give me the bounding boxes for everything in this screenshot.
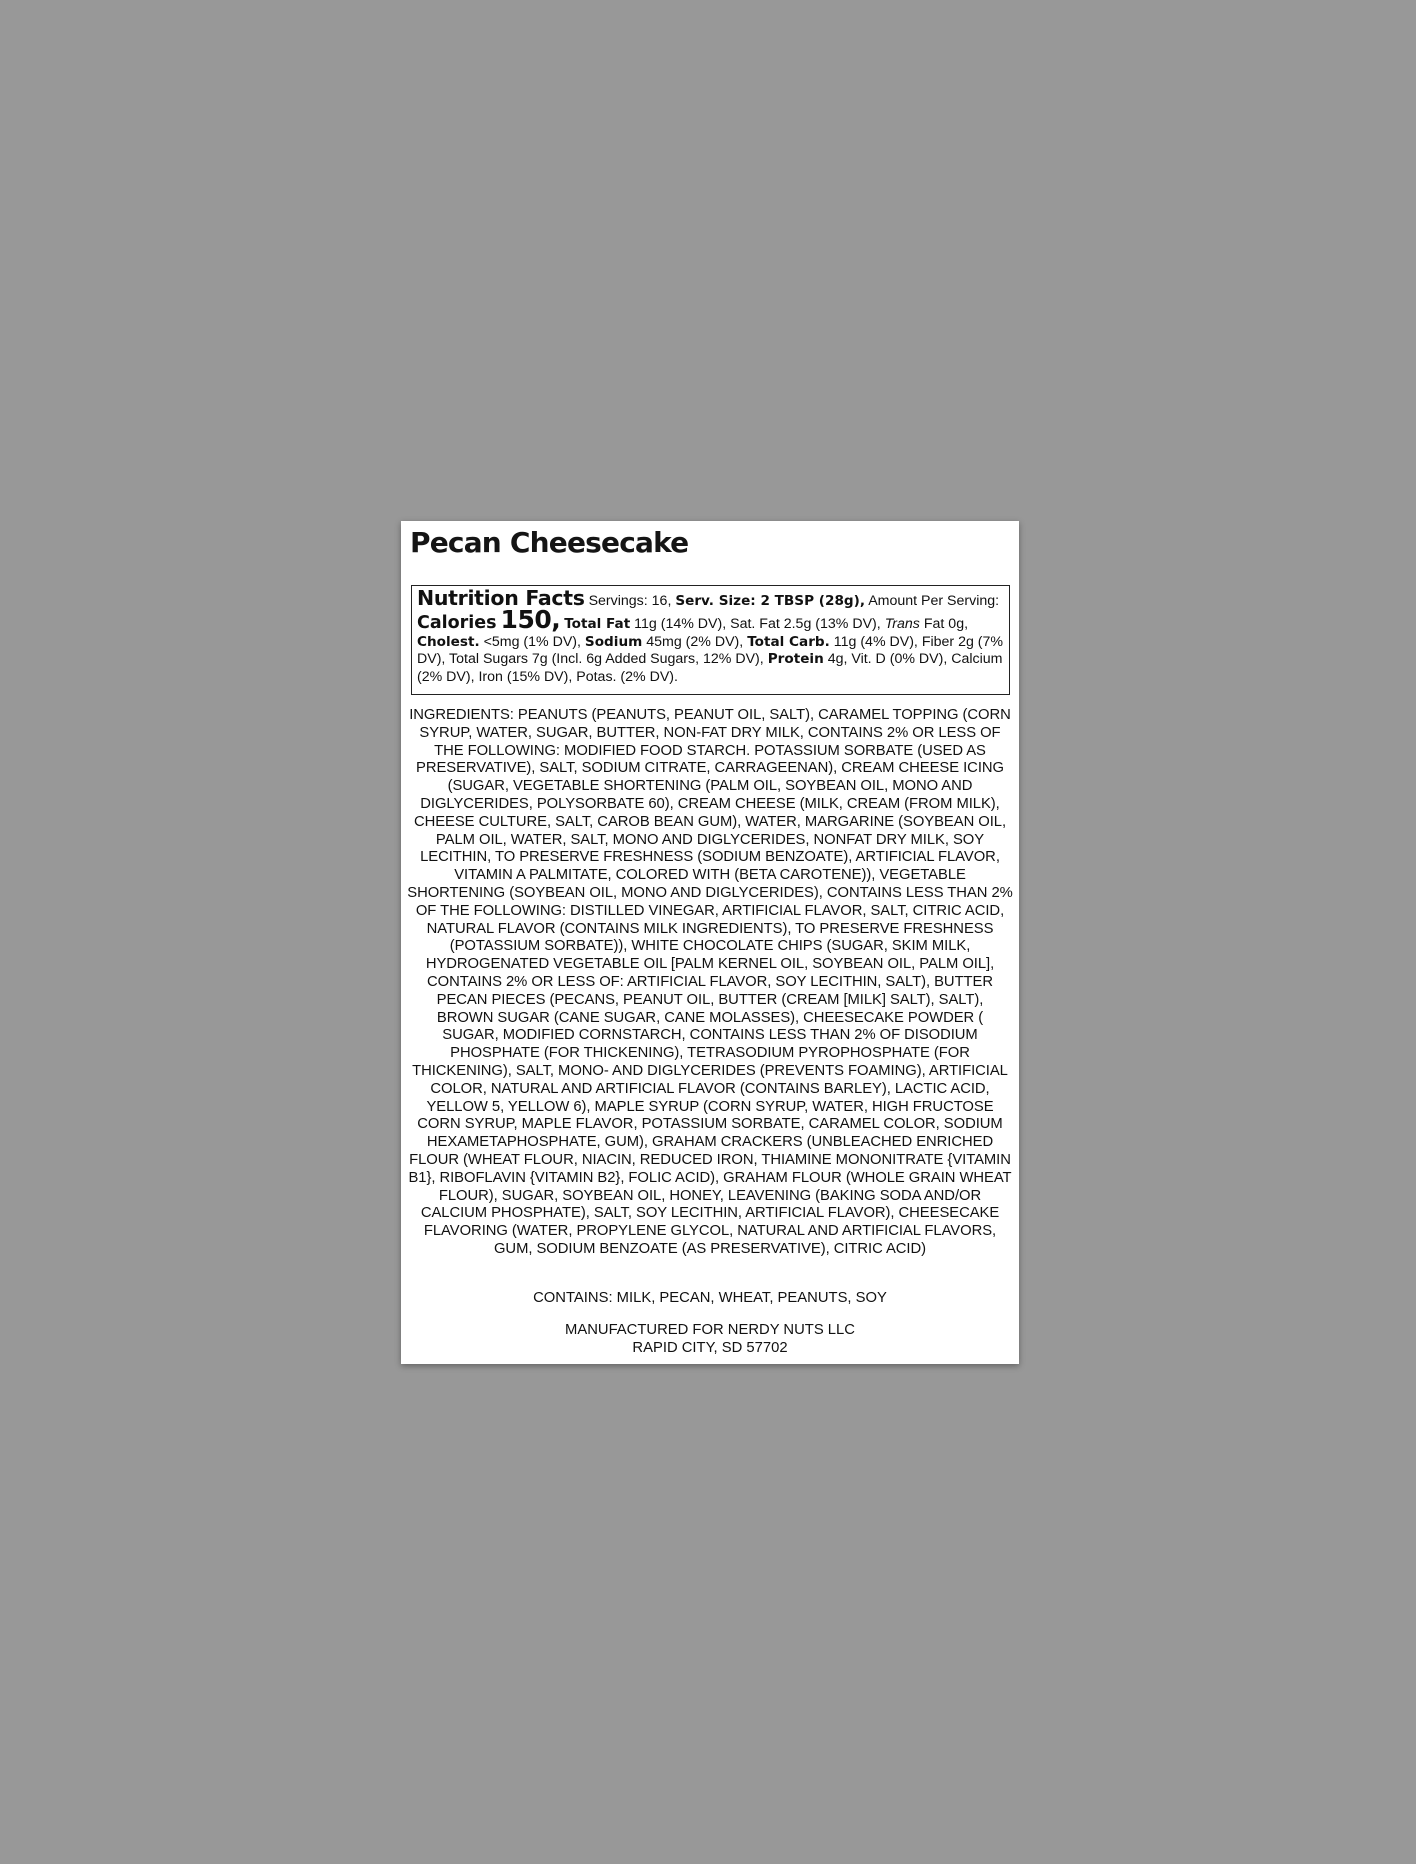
calories-separator: , xyxy=(551,605,560,634)
trans-label: Trans xyxy=(885,616,920,632)
cholesterol-label: Cholest. xyxy=(417,634,480,650)
manufacturer-info: MANUFACTURED FOR NERDY NUTS LLC RAPID CI… xyxy=(407,1322,1013,1358)
nutrition-label-card: Pecan Cheesecake Nutrition Facts Serving… xyxy=(401,521,1019,1364)
allergen-statement: CONTAINS: MILK, PECAN, WHEAT, PEANUTS, S… xyxy=(407,1290,1013,1308)
total-carb-label: Total Carb. xyxy=(747,634,830,650)
nutrition-facts-box: Nutrition Facts Servings: 16, Serv. Size… xyxy=(411,585,1010,695)
manufacturer-address: RAPID CITY, SD 57702 xyxy=(407,1340,1013,1358)
ingredients-list: INGREDIENTS: PEANUTS (PEANUTS, PEANUT OI… xyxy=(407,707,1013,1259)
cholesterol-value: <5mg (1% DV), xyxy=(484,634,581,650)
protein-label: Protein xyxy=(768,651,824,667)
total-fat-label: Total Fat xyxy=(564,616,630,632)
serving-size: Serv. Size: 2 TBSP (28g), xyxy=(675,593,865,609)
sodium-label: Sodium xyxy=(585,634,642,650)
total-fat-value: 11g (14% DV), Sat. Fat 2.5g (13% DV), xyxy=(634,616,881,632)
calories-label: Calories xyxy=(417,613,497,633)
calories-value: 150 xyxy=(501,605,552,634)
sodium-value: 45mg (2% DV), xyxy=(646,634,743,650)
servings-text: Servings: 16, xyxy=(589,593,672,609)
product-title: Pecan Cheesecake xyxy=(410,526,688,559)
trans-fat-value: Fat 0g, xyxy=(924,616,968,632)
manufacturer-name: MANUFACTURED FOR NERDY NUTS LLC xyxy=(407,1322,1013,1340)
amount-per-serving: Amount Per Serving: xyxy=(868,593,999,609)
